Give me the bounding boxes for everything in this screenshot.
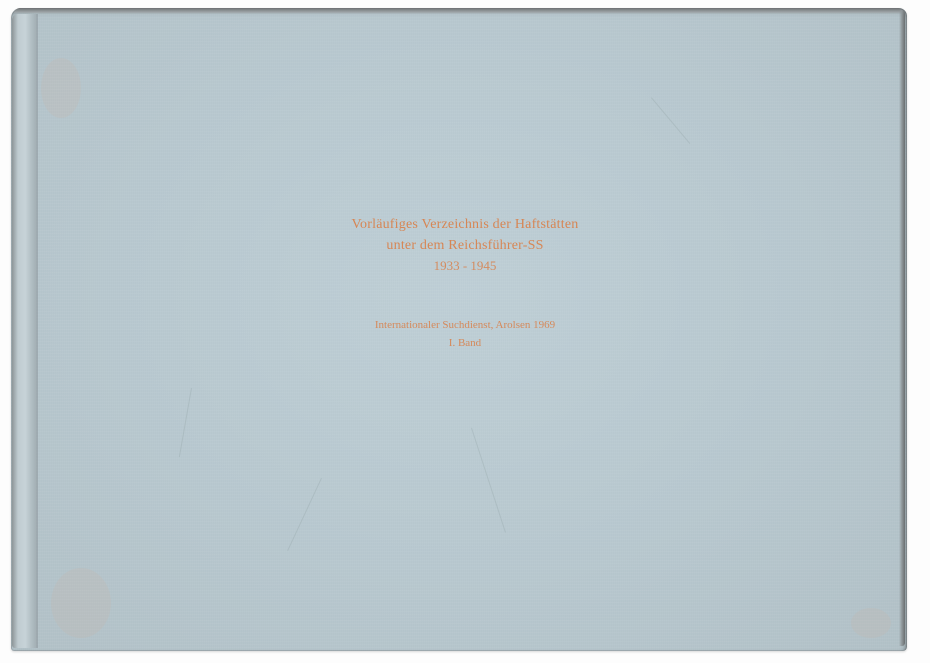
cover-text-block: Vorläufiges Verzeichnis der Haftstätten …: [220, 214, 710, 352]
spine-crease: [36, 14, 38, 648]
book-photo: Vorläufiges Verzeichnis der Haftstätten …: [0, 0, 930, 663]
cover-volume: I. Band: [220, 334, 710, 352]
cover-title-line-1: Vorläufiges Verzeichnis der Haftstätten: [220, 214, 710, 235]
cover-scratch: [179, 388, 192, 457]
cover-scratch: [651, 97, 690, 144]
cover-wear-mark: [851, 608, 891, 638]
cover-publisher: Internationaler Suchdienst, Arolsen 1969: [220, 316, 710, 334]
book-top-edge: [14, 8, 902, 14]
cover-scratch: [287, 478, 322, 551]
cover-scratch: [471, 428, 506, 533]
cover-wear-mark: [41, 58, 81, 118]
cover-title-line-2: unter dem Reichsführer-SS: [220, 235, 710, 256]
cover-wear-mark: [51, 568, 111, 638]
book-spine-hinge: [12, 14, 36, 648]
cover-years: 1933 - 1945: [220, 256, 710, 276]
book-right-edge: [899, 10, 905, 646]
